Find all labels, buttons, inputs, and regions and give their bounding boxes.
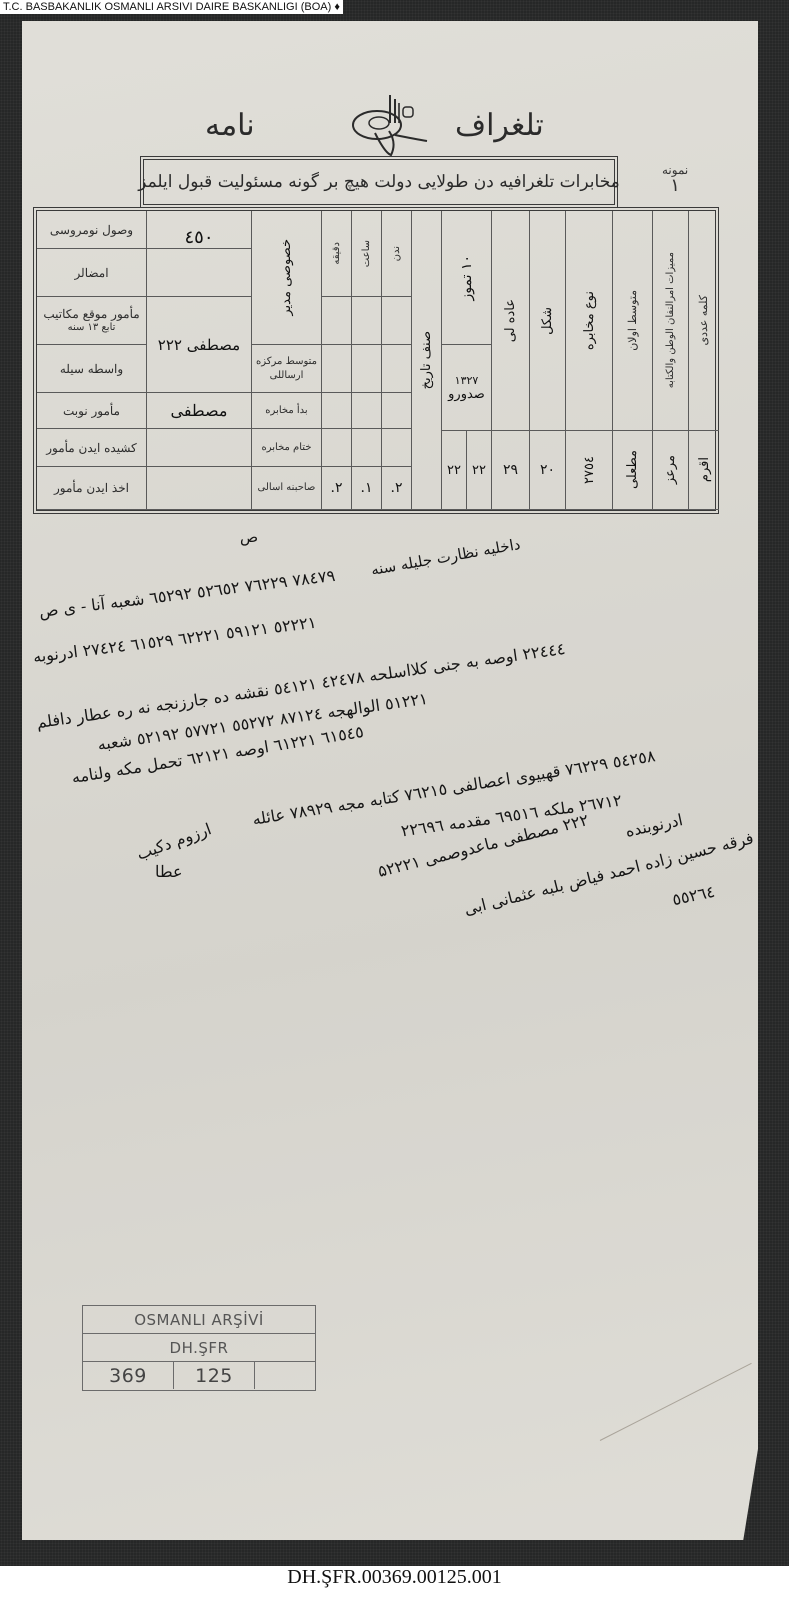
value-col-1: اقرم	[697, 457, 712, 482]
label-transmission-start: بدأ مخابره	[265, 404, 307, 418]
stamp-folder: 369	[83, 1362, 174, 1389]
header-col-5: شکل	[540, 307, 555, 335]
stamp-fund: DH.ŞFR	[83, 1334, 315, 1362]
value-col-5: ٢٠	[540, 462, 555, 478]
header-title-name: نامه	[205, 108, 255, 143]
header-col-1: کلمه عددی	[697, 295, 711, 345]
value-minute: ٢.	[331, 480, 343, 496]
value-col-4: ٢٧٥٤	[582, 456, 597, 484]
value-col-6: ٢٩	[503, 462, 518, 478]
value-category-date: صنف تاریخ	[419, 331, 434, 389]
archive-watermark: T.C. BASBAKANLIK OSMANLI ARSIVI DAIRE BA…	[0, 0, 343, 14]
sample-value: ١	[662, 178, 688, 194]
value-private-director: خصوصی مدیر	[279, 239, 294, 316]
tughra-icon	[335, 93, 435, 163]
label-receiving-officer: اخذ ایدن مأمور	[54, 481, 129, 495]
value-day-1: ٢٢	[447, 463, 461, 478]
label-duty-officer: مأمور نوبت	[63, 404, 120, 418]
label-sending-officer: کشیده ایدن مأمور	[46, 441, 137, 455]
value-day-2: ٢٢	[472, 463, 486, 478]
label-signatures: امضالر	[74, 266, 108, 280]
value-arrival-number: ٤٥٠	[184, 227, 213, 248]
value-duty-officer: مصطفی	[171, 401, 228, 420]
header-col-3: متوسط اولان	[626, 290, 640, 351]
header-col-4: نوع مخابره	[582, 291, 597, 350]
stamp-item: 125	[174, 1362, 255, 1389]
header-col-2: ممیزات امرالنفان الوطن والکتابه	[664, 252, 678, 388]
label-sent-to-center: متوسط مرکزه ارساللی	[252, 355, 321, 383]
value-date-year: ١٣٢٧	[455, 374, 479, 387]
value-col-3: مطعلی	[625, 450, 640, 489]
label-via-line: واسطه سیله	[60, 362, 123, 376]
sample-number: نمونه ١	[662, 162, 688, 194]
label-official-sub: تابع ١٣ سنه	[68, 321, 116, 335]
value-official-signature: مصطفی ٢٢٢	[158, 336, 240, 354]
value-date-header: ١٠ تموز	[459, 255, 475, 300]
margin-note-2: عطا	[155, 862, 183, 881]
label-delivered-to-owner: صاحبنه اسالی	[258, 481, 316, 495]
stamp-extra	[255, 1362, 315, 1389]
label-hour: ساعت	[360, 240, 374, 267]
label-from: ندن	[390, 246, 404, 261]
value-col-2: مرعز	[663, 455, 678, 484]
telegram-form-table: وصول نومروسی امضالر مأمور موقع مکاتیبتاب…	[33, 207, 719, 514]
label-transmission-end: ختام مخابره	[261, 441, 311, 455]
disclaimer-banner: مخابرات تلغرافیه دن طولایی دولت هیچ بر گ…	[140, 156, 618, 208]
value-hour: ١.	[361, 480, 373, 496]
value-date-note: صدورو	[448, 387, 485, 402]
document-reference-caption: DH.ŞFR.00369.00125.001	[0, 1566, 789, 1589]
label-minute: دقیقه	[330, 242, 344, 265]
body-mark: ص	[240, 528, 258, 546]
label-official-correspondence: مأمور موقع مکاتیب	[43, 307, 139, 321]
archive-stamp: OSMANLI ARŞİVİ DH.ŞFR 369 125	[82, 1305, 316, 1391]
stamp-title: OSMANLI ARŞİVİ	[83, 1306, 315, 1334]
disclaimer-text: مخابرات تلغرافیه دن طولایی دولت هیچ بر گ…	[138, 172, 620, 192]
header-col-6: عاده لی	[503, 299, 518, 342]
header-title-telegraph: تلغراف	[455, 108, 544, 143]
label-arrival-number: وصول نومروسی	[50, 223, 133, 237]
value-from: ٢.	[391, 480, 403, 496]
